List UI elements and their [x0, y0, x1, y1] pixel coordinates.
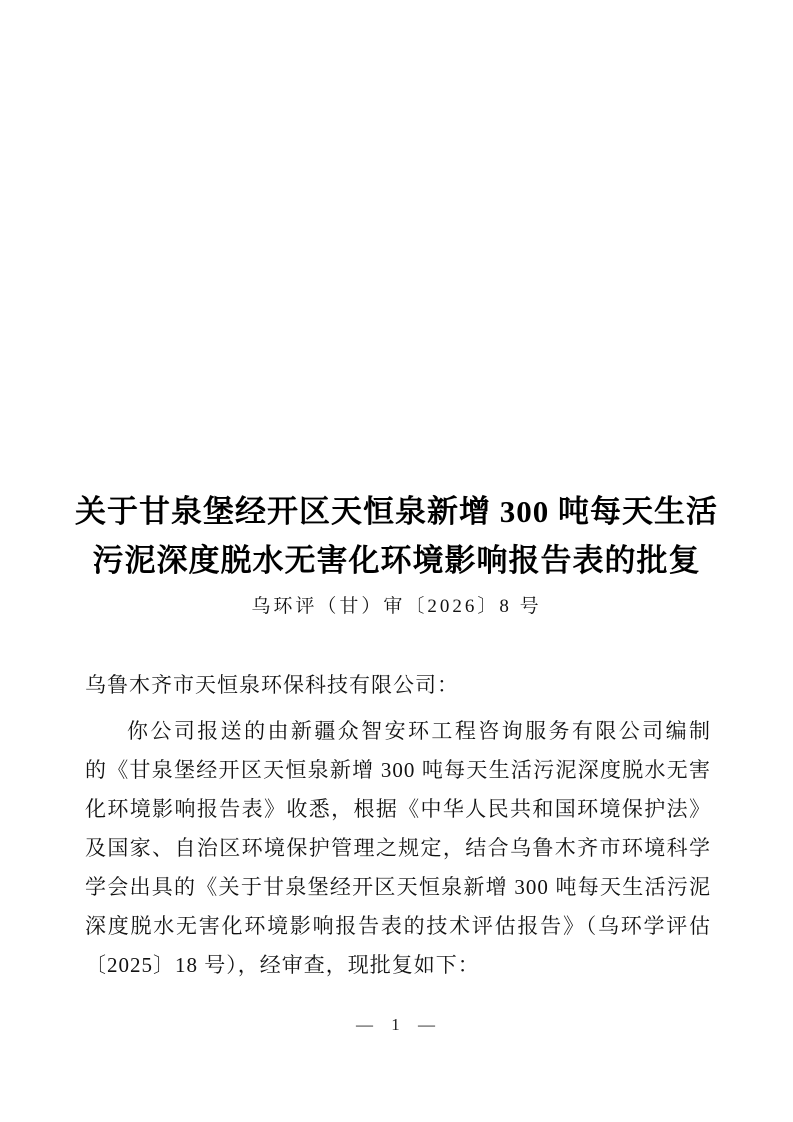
addressee-line: 乌鲁木齐市天恒泉环保科技有限公司： — [85, 666, 711, 705]
paragraph-line: 你公司报送的由新疆众智安环工程咨询服务有限公司编制 — [85, 712, 711, 751]
paragraph-line: 深度脱水无害化环境影响报告表的技术评估报告》（乌环学评估 — [85, 907, 711, 946]
title-line-2: 污泥深度脱水无害化环境影响报告表的批复 — [0, 536, 793, 585]
document-title: 关于甘泉堡经开区天恒泉新增 300 吨每天生活 污泥深度脱水无害化环境影响报告表… — [0, 487, 793, 585]
paragraph-line: 及国家、自治区环境保护管理之规定，结合乌鲁木齐市环境科学 — [85, 829, 711, 868]
paragraph-line: 的《甘泉堡经开区天恒泉新增 300 吨每天生活污泥深度脱水无害 — [85, 751, 711, 790]
document-body: 乌鲁木齐市天恒泉环保科技有限公司： 你公司报送的由新疆众智安环工程咨询服务有限公… — [85, 666, 711, 985]
paragraph-line: 化环境影响报告表》收悉，根据《中华人民共和国环境保护法》 — [85, 790, 711, 829]
document-page: 关于甘泉堡经开区天恒泉新增 300 吨每天生活 污泥深度脱水无害化环境影响报告表… — [0, 0, 793, 1122]
paragraph-line: 〔2025〕18 号），经审查，现批复如下： — [85, 946, 711, 985]
paragraph-line: 学会出具的《关于甘泉堡经开区天恒泉新增 300 吨每天生活污泥 — [85, 868, 711, 907]
document-number: 乌环评（甘）审〔2026〕8 号 — [0, 594, 793, 620]
title-line-1: 关于甘泉堡经开区天恒泉新增 300 吨每天生活 — [0, 487, 793, 536]
body-paragraph: 你公司报送的由新疆众智安环工程咨询服务有限公司编制 的《甘泉堡经开区天恒泉新增 … — [85, 712, 711, 985]
page-number: — 1 — — [0, 1013, 793, 1037]
